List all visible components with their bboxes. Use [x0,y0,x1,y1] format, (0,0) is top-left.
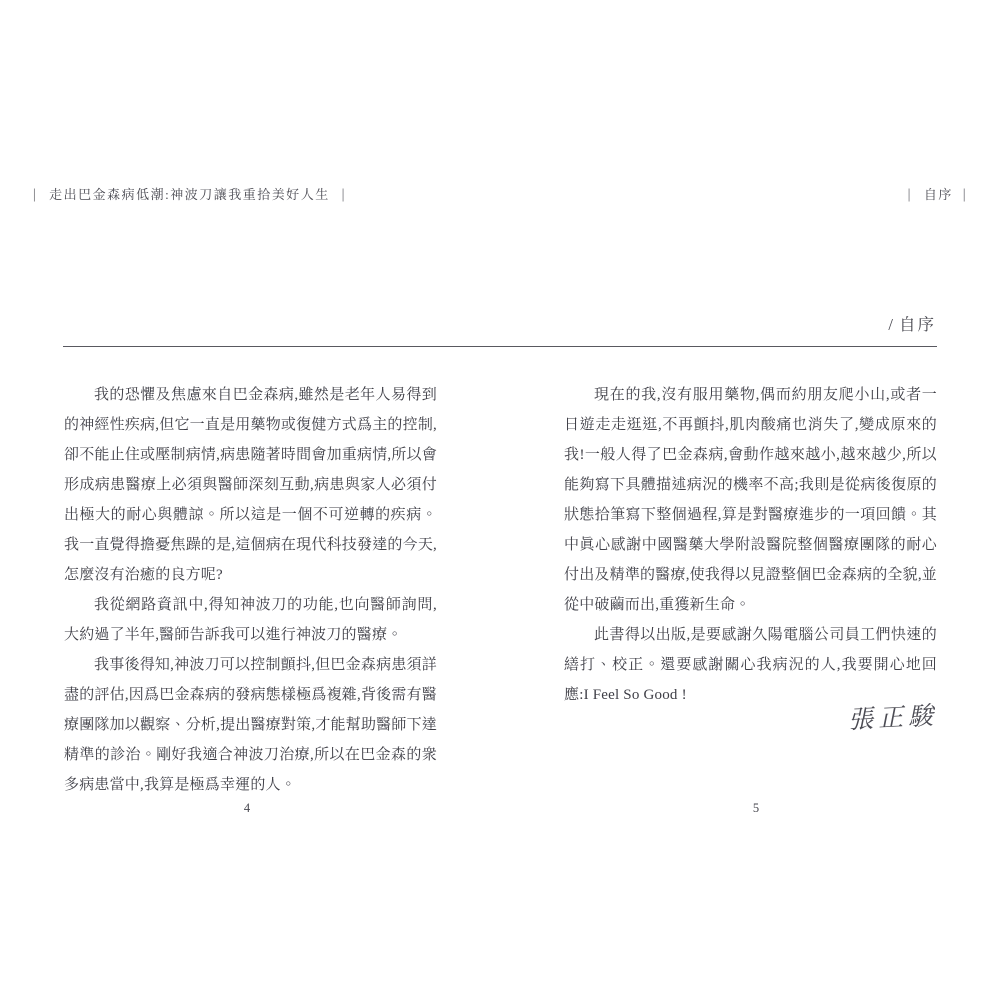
paragraph: 此書得以出版,是要感謝久陽電腦公司員工們快速的繕打、校正。還要感謝關心我病況的人… [564,620,937,710]
book-title: 走出巴金森病低潮:神波刀讓我重拾美好人生 [49,184,330,203]
author-signature: 張正駿 [847,696,939,737]
running-head-right: | 自序 | [908,184,967,203]
paragraph: 我的恐懼及焦慮來自巴金森病,雖然是老年人易得到的神經性疾病,但它一直是用藥物或復… [64,380,437,590]
running-head-left: | 走出巴金森病低潮:神波刀讓我重拾美好人生 | [33,184,346,203]
header-divider-bar: | [342,184,346,202]
left-page-text: 我的恐懼及焦慮來自巴金森病,雖然是老年人易得到的神經性疾病,但它一直是用藥物或復… [64,380,437,800]
section-slash-mark: / [888,315,895,334]
section-heading: /自序 [888,311,936,335]
paragraph: 我從網路資訊中,得知神波刀的功能,也向醫師詢問,大約過了半年,醫師告訴我可以進行… [64,590,437,650]
chapter-label: 自序 [924,184,953,203]
header-divider-bar: | [33,184,37,202]
section-rule [63,346,937,347]
book-spread: | 走出巴金森病低潮:神波刀讓我重拾美好人生 | | 自序 | /自序 我的恐懼… [0,0,1000,1000]
paragraph: 我事後得知,神波刀可以控制顫抖,但巴金森病患須詳盡的評估,因爲巴金森病的發病態樣… [64,650,437,800]
header-divider-bar: | [908,184,912,202]
right-page-text: 現在的我,沒有服用藥物,偶而約朋友爬小山,或者一日遊走走逛逛,不再顫抖,肌肉酸痛… [564,380,937,710]
page-number-left: 4 [237,801,257,816]
page-number-right: 5 [746,801,766,816]
header-divider-bar: | [963,184,967,202]
paragraph: 現在的我,沒有服用藥物,偶而約朋友爬小山,或者一日遊走走逛逛,不再顫抖,肌肉酸痛… [564,380,937,620]
section-title: 自序 [899,315,936,334]
